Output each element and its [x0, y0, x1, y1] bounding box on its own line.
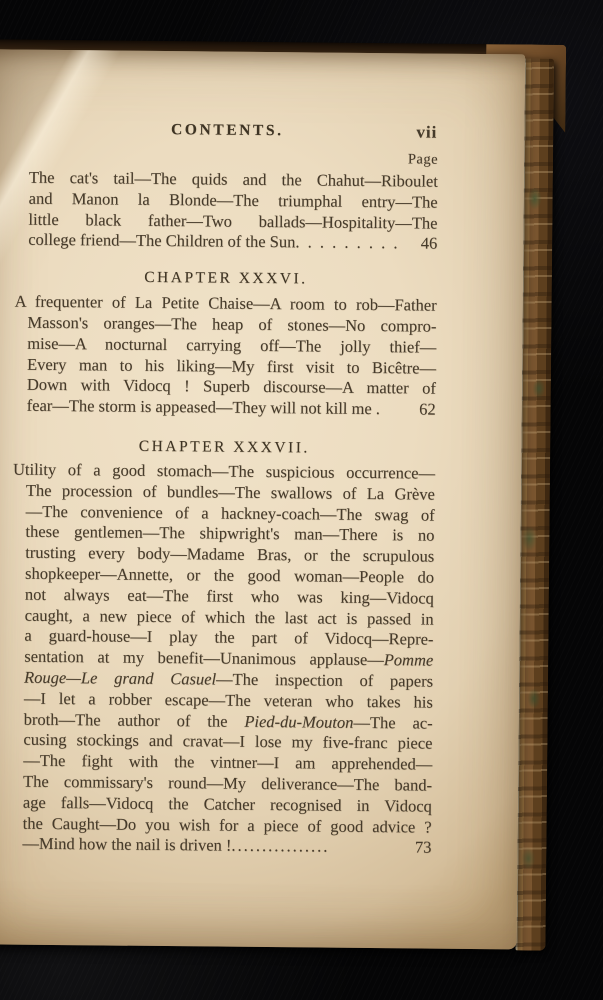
toc-line-text-italic: Rouge—Le grand Casuel	[24, 668, 216, 689]
chapter-heading: CHAPTER XXXVII.	[13, 435, 435, 460]
toc-section: The cat's tail—The quids and the Chahut—…	[15, 168, 438, 255]
page-number: 46	[421, 234, 438, 255]
page-header: CONTENTS. vii	[16, 120, 438, 145]
page-number: 62	[419, 400, 436, 421]
page-column-label: Page	[16, 148, 438, 169]
toc-section: CHAPTER XXXVII. Utility of a good stomac…	[9, 435, 435, 859]
toc-section: CHAPTER XXXVI. A frequenter of La Petite…	[14, 266, 437, 421]
toc-line-text: broth—The author of the	[24, 709, 245, 730]
dot-leaders: . . . . . . . . .	[295, 233, 421, 255]
toc-line-text: —Mind how the nail is driven !	[22, 834, 231, 857]
toc-line-text-italic: Pied-du-Mouton	[244, 711, 353, 731]
toc-line-text: fear—The storm is appeased—They will not…	[27, 396, 380, 420]
contents-text-block: CONTENTS. vii Page The cat's tail—The qu…	[9, 120, 438, 859]
toc-line-text: —The inspection of papers	[216, 669, 433, 690]
book-photo: CONTENTS. vii Page The cat's tail—The qu…	[0, 0, 603, 1000]
folio-number: vii	[416, 122, 437, 142]
toc-line-text-italic: Pomme	[384, 650, 434, 669]
toc-line-text: college friend—The Children of the Sun	[28, 230, 295, 253]
page-number: 73	[415, 838, 432, 859]
dot-leaders: ................	[231, 836, 415, 859]
chapter-heading: CHAPTER XXXVI.	[15, 266, 437, 291]
toc-line: college friend—The Children of the Sun .…	[15, 230, 437, 255]
toc-line-text: —The ac-	[353, 712, 432, 732]
contents-title: CONTENTS.	[16, 120, 438, 142]
book-page: CONTENTS. vii Page The cat's tail—The qu…	[0, 49, 525, 949]
toc-line: —Mind how the nail is driven ! .........…	[9, 834, 431, 859]
toc-line-text: sentation at my benefit—Unanimous applau…	[24, 647, 384, 669]
toc-line: fear—The storm is appeased—They will not…	[14, 396, 436, 421]
